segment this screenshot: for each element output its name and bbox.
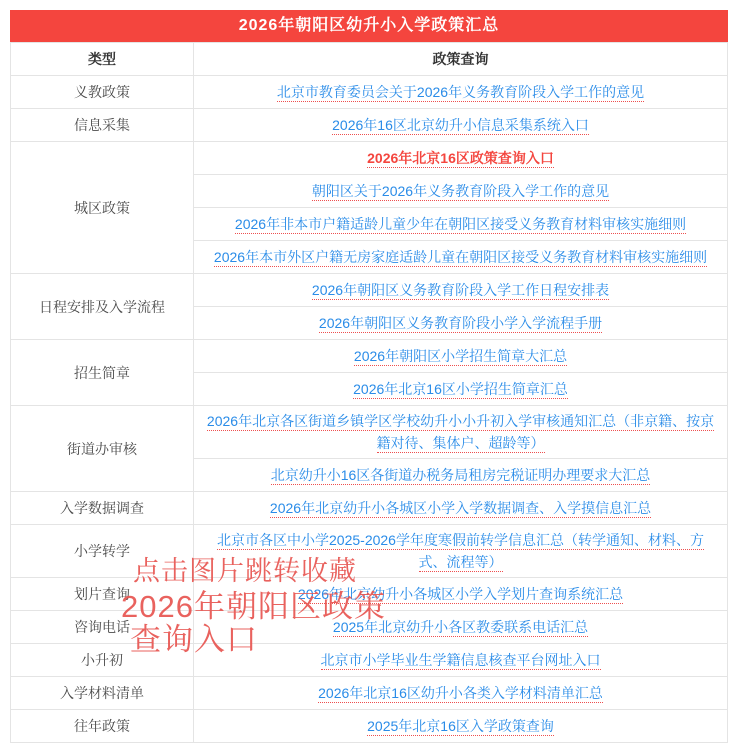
table-title: 2026年朝阳区幼升小入学政策汇总 (10, 10, 728, 42)
table-row: 小学转学 北京市各区中小学2025-2026学年度寒假前转学信息汇总（转学通知、… (11, 525, 728, 578)
policy-link[interactable]: 2026年北京幼升小各城区小学入学数据调查、入学摸信息汇总 (270, 500, 651, 518)
column-header-policy: 政策查询 (194, 43, 728, 76)
row-label: 划片查询 (11, 578, 194, 611)
header-row: 类型 政策查询 (11, 43, 728, 76)
policy-table: 类型 政策查询 义教政策 北京市教育委员会关于2026年义务教育阶段入学工作的意… (10, 42, 728, 743)
row-label: 入学数据调查 (11, 492, 194, 525)
policy-link[interactable]: 北京幼升小16区各街道办税务局租房完税证明办理要求大汇总 (271, 467, 651, 485)
table-row: 咨询电话 2025年北京幼升小各区教委联系电话汇总 (11, 611, 728, 644)
row-label: 往年政策 (11, 710, 194, 743)
row-label: 街道办审核 (11, 406, 194, 492)
table-row: 街道办审核 2026年北京各区街道乡镇学区学校幼升小小升初入学审核通知汇总（非京… (11, 406, 728, 459)
policy-link[interactable]: 2026年北京16区幼升小各类入学材料清单汇总 (318, 685, 603, 703)
policy-link[interactable]: 2025年北京16区入学政策查询 (367, 718, 554, 736)
policy-link[interactable]: 2026年本市外区户籍无房家庭适龄儿童在朝阳区接受义务教育材料审核实施细则 (214, 249, 707, 267)
table-row: 小升初 北京市小学毕业生学籍信息核查平台网址入口 (11, 644, 728, 677)
policy-link[interactable]: 2026年北京16区小学招生简章汇总 (353, 381, 568, 399)
policy-link[interactable]: 2026年北京幼升小各城区小学入学划片查询系统汇总 (298, 586, 623, 604)
policy-link[interactable]: 朝阳区关于2026年义务教育阶段入学工作的意见 (312, 183, 609, 201)
policy-link[interactable]: 2026年朝阳区义务教育阶段小学入学流程手册 (319, 315, 602, 333)
row-label: 信息采集 (11, 109, 194, 142)
table-row: 日程安排及入学流程 2026年朝阳区义务教育阶段入学工作日程安排表 (11, 274, 728, 307)
row-label: 咨询电话 (11, 611, 194, 644)
row-label: 城区政策 (11, 142, 194, 274)
policy-link[interactable]: 北京市教育委员会关于2026年义务教育阶段入学工作的意见 (277, 84, 644, 102)
policy-link[interactable]: 2026年北京各区街道乡镇学区学校幼升小小升初入学审核通知汇总（非京籍、按京籍对… (207, 413, 714, 453)
table-row: 城区政策 2026年北京16区政策查询入口 (11, 142, 728, 175)
table-row: 义教政策 北京市教育委员会关于2026年义务教育阶段入学工作的意见 (11, 76, 728, 109)
row-label: 招生简章 (11, 340, 194, 406)
table-row: 往年政策 2025年北京16区入学政策查询 (11, 710, 728, 743)
policy-link[interactable]: 北京市小学毕业生学籍信息核查平台网址入口 (321, 652, 601, 670)
policy-link[interactable]: 2025年北京幼升小各区教委联系电话汇总 (333, 619, 588, 637)
policy-link[interactable]: 2026年朝阳区义务教育阶段入学工作日程安排表 (312, 282, 609, 300)
column-header-type: 类型 (11, 43, 194, 76)
table-row: 入学材料清单 2026年北京16区幼升小各类入学材料清单汇总 (11, 677, 728, 710)
policy-link-emphasis[interactable]: 2026年北京16区政策查询入口 (367, 150, 554, 168)
row-label: 日程安排及入学流程 (11, 274, 194, 340)
row-label: 小学转学 (11, 525, 194, 578)
policy-summary-card: 2026年朝阳区幼升小入学政策汇总 类型 政策查询 义教政策 北京市教育委员会关… (10, 10, 728, 743)
policy-link[interactable]: 2026年非本市户籍适龄儿童少年在朝阳区接受义务教育材料审核实施细则 (235, 216, 686, 234)
policy-link[interactable]: 北京市各区中小学2025-2026学年度寒假前转学信息汇总（转学通知、材料、方式… (217, 532, 704, 572)
row-label: 义教政策 (11, 76, 194, 109)
policy-link[interactable]: 2026年16区北京幼升小信息采集系统入口 (332, 117, 589, 135)
row-label: 小升初 (11, 644, 194, 677)
table-row: 招生简章 2026年朝阳区小学招生简章大汇总 (11, 340, 728, 373)
row-label: 入学材料清单 (11, 677, 194, 710)
table-row: 入学数据调查 2026年北京幼升小各城区小学入学数据调查、入学摸信息汇总 (11, 492, 728, 525)
table-row: 信息采集 2026年16区北京幼升小信息采集系统入口 (11, 109, 728, 142)
table-row: 划片查询 2026年北京幼升小各城区小学入学划片查询系统汇总 (11, 578, 728, 611)
policy-link[interactable]: 2026年朝阳区小学招生简章大汇总 (354, 348, 567, 366)
